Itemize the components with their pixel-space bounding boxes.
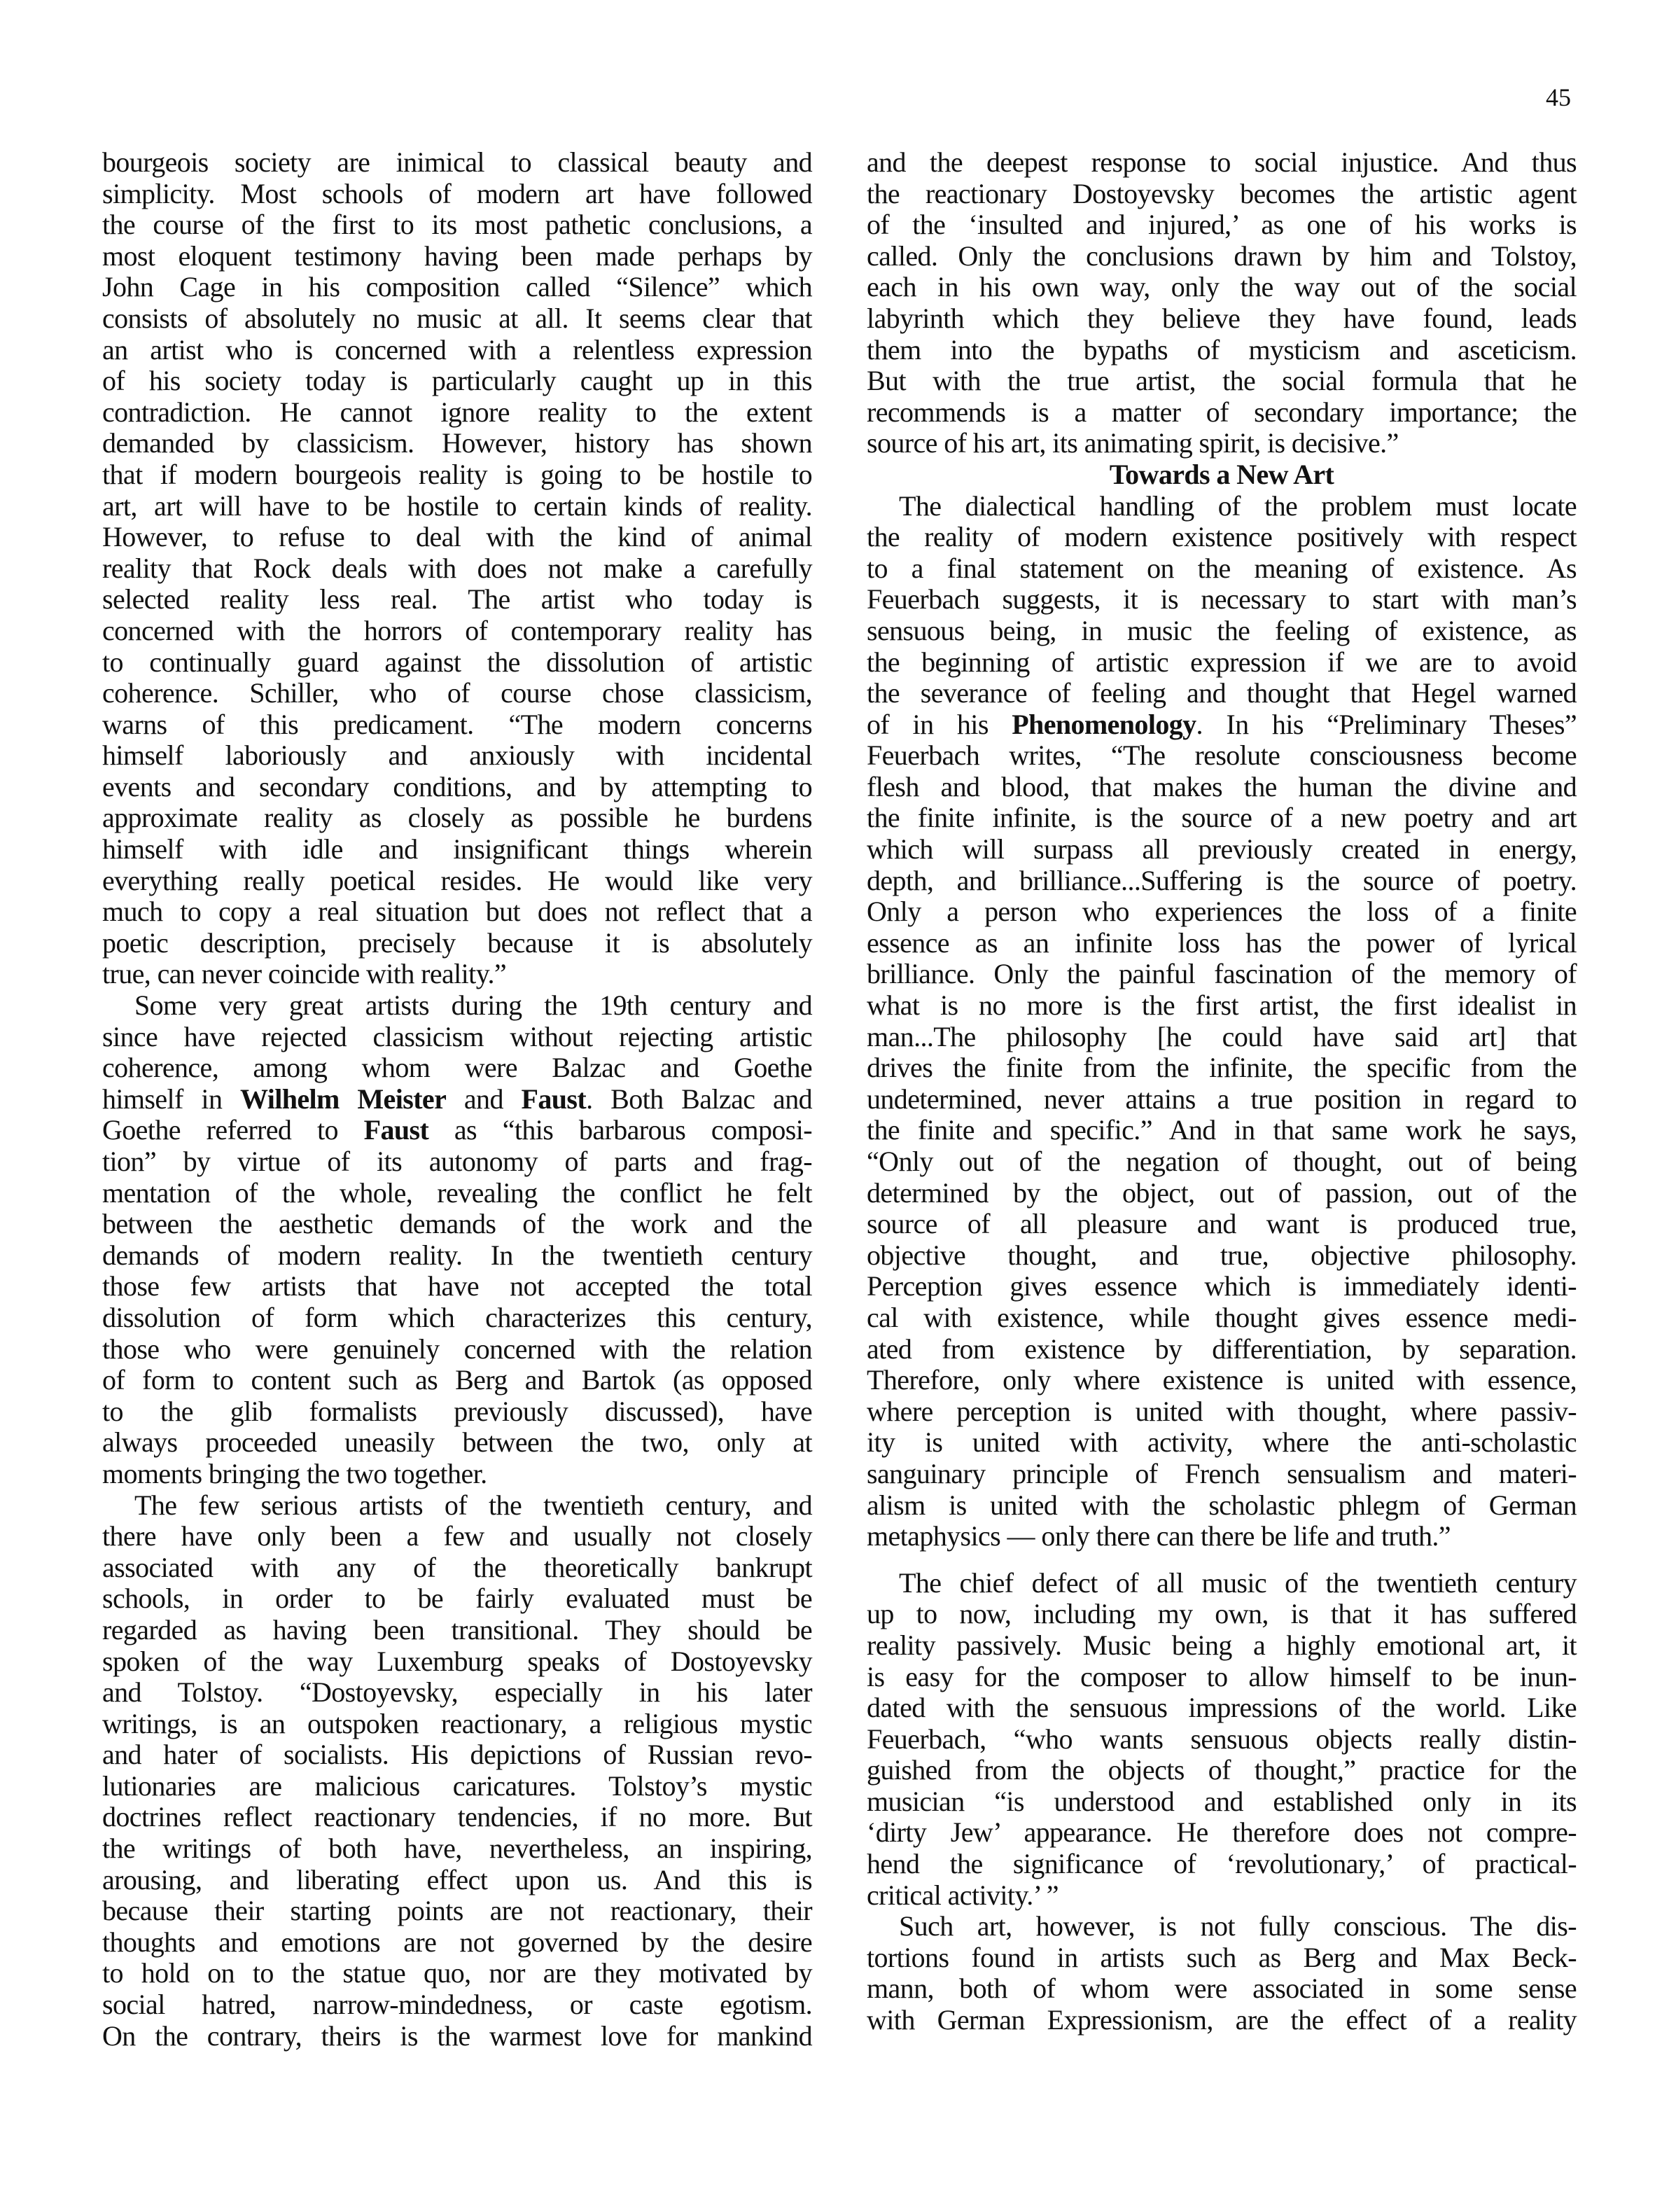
text-line: events and secondary conditions, and by … bbox=[102, 772, 812, 803]
text-line: the reactionary Dostoyevsky becomes the … bbox=[867, 179, 1577, 210]
text-run: himself in bbox=[102, 1083, 240, 1115]
text-line: approximate reality as closely as possib… bbox=[102, 802, 812, 834]
text-line: that if modern bourgeois reality is goin… bbox=[102, 459, 812, 491]
text-line: the finite infinite, is the source of a … bbox=[867, 802, 1577, 834]
text-line: The few serious artists of the twentieth… bbox=[102, 1490, 812, 1522]
text-line: ‘dirty Jew’ appearance. He therefore doe… bbox=[867, 1817, 1577, 1849]
page-number: 45 bbox=[1546, 83, 1571, 112]
text-line: source of his art, its animating spirit,… bbox=[867, 428, 1577, 459]
text-line: doctrines reflect reactionary tendencies… bbox=[102, 1802, 812, 1833]
text-line: the beginning of artistic expression if … bbox=[867, 647, 1577, 679]
text-line: those few artists that have not accepted… bbox=[102, 1271, 812, 1302]
text-line: social hatred, narrow-mindedness, or cas… bbox=[102, 1989, 812, 2021]
text-line: ated from existence by differentiation, … bbox=[867, 1334, 1577, 1365]
text-line: called. Only the conclusions drawn by hi… bbox=[867, 241, 1577, 272]
text-line: schools, in order to be fairly evaluated… bbox=[102, 1583, 812, 1615]
text-line: much to copy a real situation but does n… bbox=[102, 896, 812, 928]
text-run: as “this barbarous composi- bbox=[428, 1114, 812, 1146]
text-line: depth, and brilliance...Suffering is the… bbox=[867, 865, 1577, 897]
text-line: to a final statement on the meaning of e… bbox=[867, 553, 1577, 585]
text-line: Only a person who experiences the loss o… bbox=[867, 896, 1577, 928]
text-line: objective thought, and true, objective p… bbox=[867, 1240, 1577, 1272]
text-line: those who were genuinely concerned with … bbox=[102, 1334, 812, 1365]
text-line: sanguinary principle of French sensualis… bbox=[867, 1459, 1577, 1490]
text-line: tion” by virtue of its autonomy of parts… bbox=[102, 1146, 812, 1178]
text-line: dissolution of form which characterizes … bbox=[102, 1302, 812, 1334]
text-line: there have only been a few and usually n… bbox=[102, 1521, 812, 1552]
text-line: selected reality less real. The artist w… bbox=[102, 584, 812, 615]
text-line: coherence, among whom were Balzac and Go… bbox=[102, 1052, 812, 1084]
text-line: man...The philosophy [he could have said… bbox=[867, 1022, 1577, 1053]
text-line: each in his own way, only the way out of… bbox=[867, 272, 1577, 303]
text-line: But with the true artist, the social for… bbox=[867, 366, 1577, 397]
right-column: and the deepest response to social injus… bbox=[867, 147, 1577, 2036]
section-body: The dialectical handling of the problem … bbox=[867, 491, 1577, 1552]
text-line: drives the finite from the infinite, the… bbox=[867, 1052, 1577, 1084]
text-line: sensuous being, in music the feeling of … bbox=[867, 615, 1577, 647]
text-line: hend the significance of ‘revolutionary,… bbox=[867, 1849, 1577, 1880]
text-line: Perception gives essence which is immedi… bbox=[867, 1271, 1577, 1302]
text-line: himself in Wilhelm Meister and Faust. Bo… bbox=[102, 1084, 812, 1115]
text-line: determined by the object, out of passion… bbox=[867, 1178, 1577, 1209]
text-line: arousing, and liberating effect upon us.… bbox=[102, 1865, 812, 1896]
text-line: flesh and blood, that makes the human th… bbox=[867, 772, 1577, 803]
section-heading: Towards a New Art bbox=[867, 459, 1577, 491]
text-line: labyrinth which they believe they have f… bbox=[867, 303, 1577, 335]
text-line: of the ‘insulted and injured,’ as one of… bbox=[867, 209, 1577, 241]
text-line: and the deepest response to social injus… bbox=[867, 147, 1577, 179]
text-line: and hater of socialists. His depictions … bbox=[102, 1739, 812, 1771]
text-line: Therefore, only where existence is unite… bbox=[867, 1365, 1577, 1396]
text-run: and bbox=[446, 1083, 521, 1115]
text-line: with German Expressionism, are the effec… bbox=[867, 2005, 1577, 2036]
text-line: most eloquent testimony having been made… bbox=[102, 241, 812, 272]
text-line: concerned with the horrors of contempora… bbox=[102, 615, 812, 647]
text-line: dated with the sensuous impressions of t… bbox=[867, 1692, 1577, 1724]
text-line: essence as an infinite loss has the powe… bbox=[867, 928, 1577, 959]
text-line: up to now, including my own, is that it … bbox=[867, 1599, 1577, 1630]
text-line: the reality of modern existence positive… bbox=[867, 522, 1577, 553]
bold-title: Faust bbox=[522, 1083, 587, 1115]
text-line: where perception is united with thought,… bbox=[867, 1396, 1577, 1428]
text-line: always proceeded uneasily between the tw… bbox=[102, 1427, 812, 1459]
text-line: demanded by classicism. However, history… bbox=[102, 428, 812, 459]
text-line: coherence. Schiller, who of course chose… bbox=[102, 678, 812, 709]
text-line: ity is united with activity, where the a… bbox=[867, 1427, 1577, 1459]
text-line: Such art, however, is not fully consciou… bbox=[867, 1911, 1577, 1942]
paragraph-gap bbox=[867, 1552, 1577, 1568]
text-line: them into the bypaths of mysticism and a… bbox=[867, 335, 1577, 366]
bold-title: Phenomenology bbox=[1012, 709, 1196, 740]
text-line: Some very great artists during the 19th … bbox=[102, 990, 812, 1022]
text-line: reality that Rock deals with does not ma… bbox=[102, 553, 812, 585]
text-line: guished from the objects of thought,” pr… bbox=[867, 1755, 1577, 1786]
text-line: undetermined, never attains a true posit… bbox=[867, 1084, 1577, 1115]
text-line: regarded as having been transitional. Th… bbox=[102, 1615, 812, 1646]
text-line: to the glib formalists previously discus… bbox=[102, 1396, 812, 1428]
text-line: the severance of feeling and thought tha… bbox=[867, 678, 1577, 709]
bold-title: Wilhelm Meister bbox=[240, 1083, 446, 1115]
text-line: of form to content such as Berg and Bart… bbox=[102, 1365, 812, 1396]
closing-paragraphs: The chief defect of all music of the twe… bbox=[867, 1568, 1577, 2036]
text-line: source of all pleasure and want is produ… bbox=[867, 1209, 1577, 1240]
text-line: the finite and specific.” And in that sa… bbox=[867, 1115, 1577, 1146]
text-line: Goethe referred to Faust as “this barbar… bbox=[102, 1115, 812, 1146]
text-line: and Tolstoy. “Dostoyevsky, especially in… bbox=[102, 1677, 812, 1709]
text-line: everything really poetical resides. He w… bbox=[102, 865, 812, 897]
text-line: an artist who is concerned with a relent… bbox=[102, 335, 812, 366]
text-line: Feuerbach suggests, it is necessary to s… bbox=[867, 584, 1577, 615]
right-column-continuation: and the deepest response to social injus… bbox=[867, 147, 1577, 459]
text-line: mentation of the whole, revealing the co… bbox=[102, 1178, 812, 1209]
left-column: bourgeois society are inimical to classi… bbox=[102, 147, 812, 2052]
text-line: writings, is an outspoken reactionary, a… bbox=[102, 1709, 812, 1740]
text-line: between the aesthetic demands of the wor… bbox=[102, 1209, 812, 1240]
text-line: The chief defect of all music of the twe… bbox=[867, 1568, 1577, 1599]
text-run: of in his bbox=[867, 709, 1012, 740]
text-line: recommends is a matter of secondary impo… bbox=[867, 397, 1577, 429]
text-line: true, can never coincide with reality.” bbox=[102, 959, 812, 990]
text-run: . In his “Preliminary Theses” bbox=[1196, 709, 1577, 740]
text-line: On the contrary, theirs is the warmest l… bbox=[102, 2021, 812, 2052]
text-line: musician “is understood and established … bbox=[867, 1786, 1577, 1818]
text-line: to hold on to the statue quo, nor are th… bbox=[102, 1958, 812, 1989]
text-line: of his society today is particularly cau… bbox=[102, 366, 812, 397]
text-line: spoken of the way Luxemburg speaks of Do… bbox=[102, 1646, 812, 1678]
text-line: demands of modern reality. In the twenti… bbox=[102, 1240, 812, 1272]
text-line: art, art will have to be hostile to cert… bbox=[102, 491, 812, 522]
text-line: simplicity. Most schools of modern art h… bbox=[102, 179, 812, 210]
text-line: brilliance. Only the painful fascination… bbox=[867, 959, 1577, 990]
text-line: himself laboriously and anxiously with i… bbox=[102, 740, 812, 772]
text-line: Feuerbach, “who wants sensuous objects r… bbox=[867, 1724, 1577, 1755]
text-line: warns of this predicament. “The modern c… bbox=[102, 709, 812, 741]
text-line: reality passively. Music being a highly … bbox=[867, 1630, 1577, 1662]
bold-title: Faust bbox=[364, 1114, 429, 1146]
text-line: John Cage in his composition called “Sil… bbox=[102, 272, 812, 303]
text-run: . Both Balzac and bbox=[586, 1083, 812, 1115]
text-line: “Only out of the negation of thought, ou… bbox=[867, 1146, 1577, 1178]
text-line: to continually guard against the dissolu… bbox=[102, 647, 812, 679]
text-run: Goethe referred to bbox=[102, 1114, 364, 1146]
text-line: the course of the first to its most path… bbox=[102, 209, 812, 241]
text-line: because their starting points are not re… bbox=[102, 1895, 812, 1927]
text-line: what is no more is the first artist, the… bbox=[867, 990, 1577, 1022]
text-line: Feuerbach writes, “The resolute consciou… bbox=[867, 740, 1577, 772]
text-line: since have rejected classicism without r… bbox=[102, 1022, 812, 1053]
text-line: thoughts and emotions are not governed b… bbox=[102, 1927, 812, 1959]
text-line: However, to refuse to deal with the kind… bbox=[102, 522, 812, 553]
text-line: metaphysics — only there can there be li… bbox=[867, 1521, 1577, 1552]
text-line: poetic description, precisely because it… bbox=[102, 928, 812, 959]
text-line: tortions found in artists such as Berg a… bbox=[867, 1942, 1577, 1974]
text-line: consists of absolutely no music at all. … bbox=[102, 303, 812, 335]
text-line: of in his Phenomenology. In his “Prelimi… bbox=[867, 709, 1577, 741]
text-line: alism is united with the scholastic phle… bbox=[867, 1490, 1577, 1522]
text-line: mann, both of whom were associated in so… bbox=[867, 1973, 1577, 2005]
text-line: associated with any of the theoretically… bbox=[102, 1552, 812, 1584]
text-line: The dialectical handling of the problem … bbox=[867, 491, 1577, 522]
text-line: bourgeois society are inimical to classi… bbox=[102, 147, 812, 179]
text-line: the writings of both have, nevertheless,… bbox=[102, 1833, 812, 1865]
text-line: is easy for the composer to allow himsel… bbox=[867, 1662, 1577, 1693]
text-line: which will surpass all previously create… bbox=[867, 834, 1577, 865]
text-line: cal with existence, while thought gives … bbox=[867, 1302, 1577, 1334]
text-line: critical activity.’ ” bbox=[867, 1880, 1577, 1912]
text-line: contradiction. He cannot ignore reality … bbox=[102, 397, 812, 429]
text-line: lutionaries are malicious caricatures. T… bbox=[102, 1771, 812, 1802]
text-line: himself with idle and insignificant thin… bbox=[102, 834, 812, 865]
text-line: moments bringing the two together. bbox=[102, 1459, 812, 1490]
